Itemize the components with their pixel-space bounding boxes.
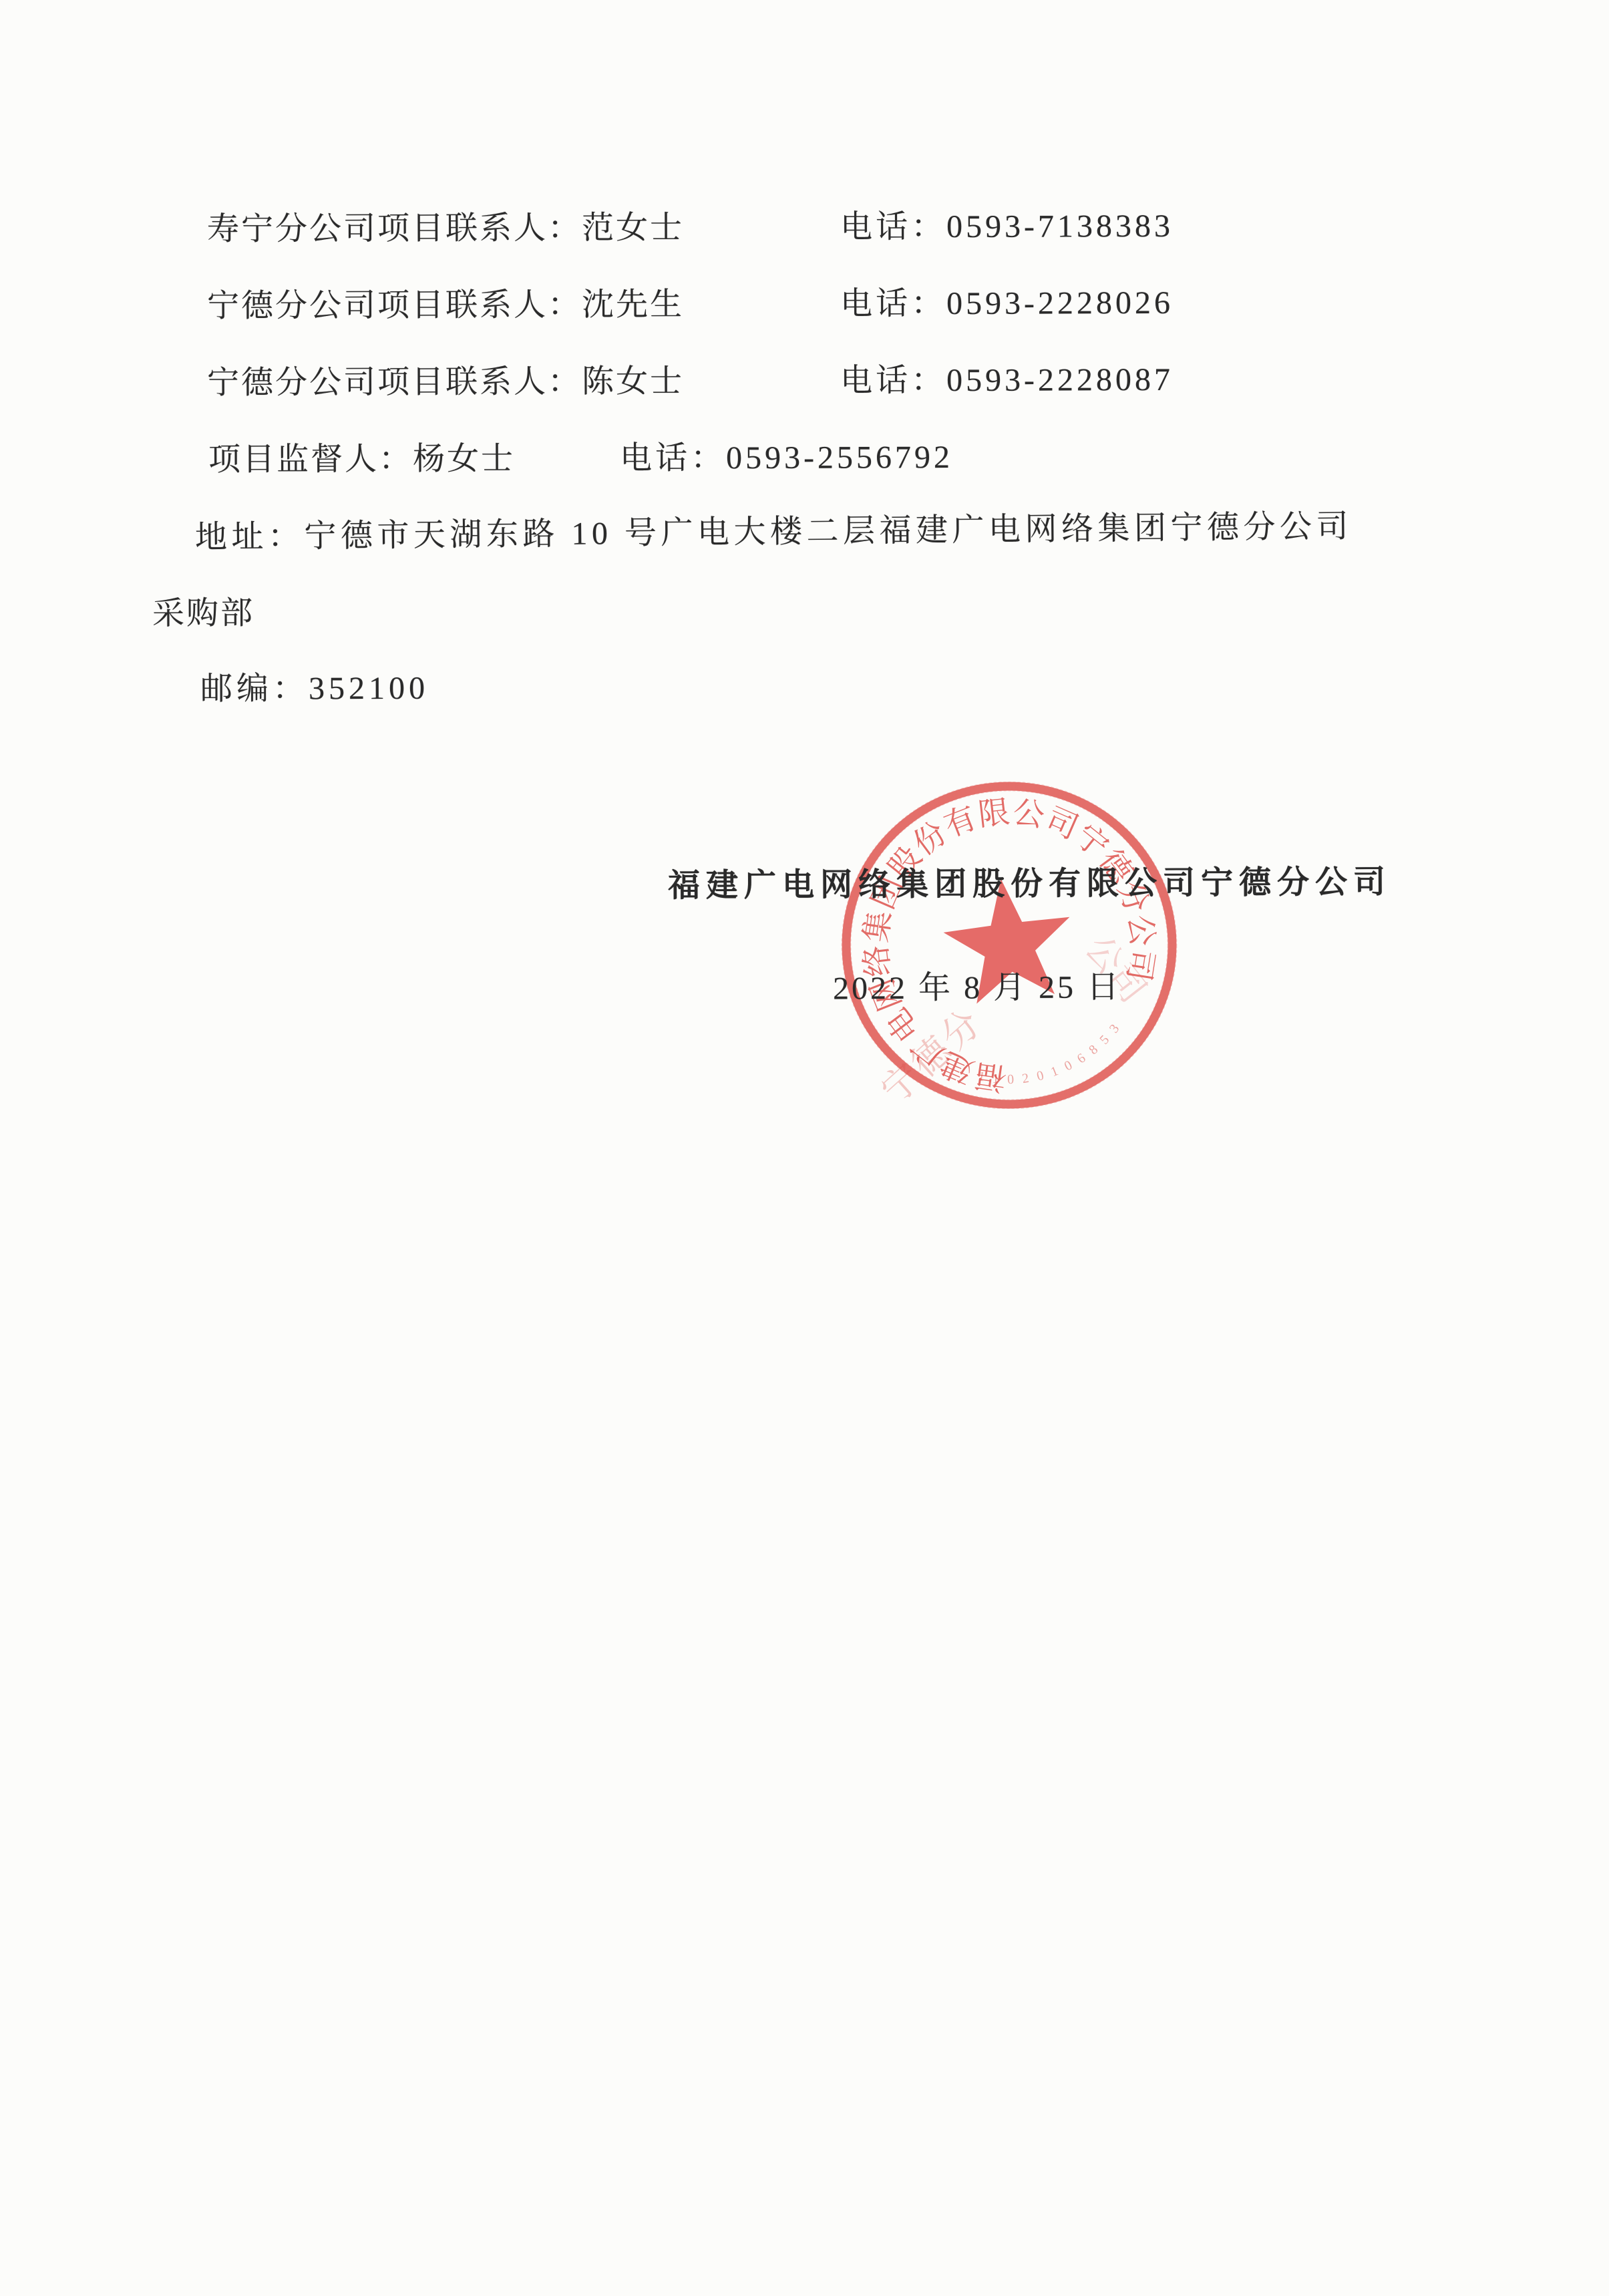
supervisor-label: 项目监督人：杨女士	[208, 432, 515, 480]
contact-line: 宁德分公司项目联系人：陈女士 电话：0593-2228087	[0, 352, 1609, 403]
signature-date: 2022 年 8 月 25 日	[0, 958, 1609, 1013]
contact-label: 宁德分公司项目联系人：沈先生	[207, 278, 684, 325]
supervisor-phone: 电话：0593-2556792	[620, 431, 953, 478]
contact-phone: 电话：0593-2228087	[840, 353, 1174, 401]
official-seal: 福建广电网络集团股份有限公司宁德分公司 11020106853 宁德分 公司	[840, 782, 1178, 1109]
contact-phone: 电话：0593-2228026	[840, 277, 1174, 324]
address-continuation: 采购部	[0, 583, 1609, 634]
contact-phone: 电话：0593-7138383	[840, 200, 1174, 247]
address-line: 地址：宁德市天湖东路 10 号广电大楼二层福建广电网络集团宁德分公司	[0, 498, 1609, 559]
contact-line: 宁德分公司项目联系人：沈先生 电话：0593-2228026	[0, 275, 1609, 327]
contact-line: 项目监督人：杨女士 电话：0593-2556792	[0, 429, 1609, 480]
company-name: 福建广电网络集团股份有限公司宁德分公司	[0, 854, 1609, 909]
contact-line: 寿宁分公司项目联系人：范女士 电话：0593-7138383	[0, 198, 1609, 250]
contact-label: 宁德分公司项目联系人：陈女士	[207, 355, 684, 402]
contact-label: 寿宁分公司项目联系人：范女士	[207, 201, 684, 249]
postal-code-line: 邮编：352100	[0, 658, 1609, 709]
scanned-document-page: 寿宁分公司项目联系人：范女士 电话：0593-7138383 宁德分公司项目联系…	[0, 0, 1609, 2296]
